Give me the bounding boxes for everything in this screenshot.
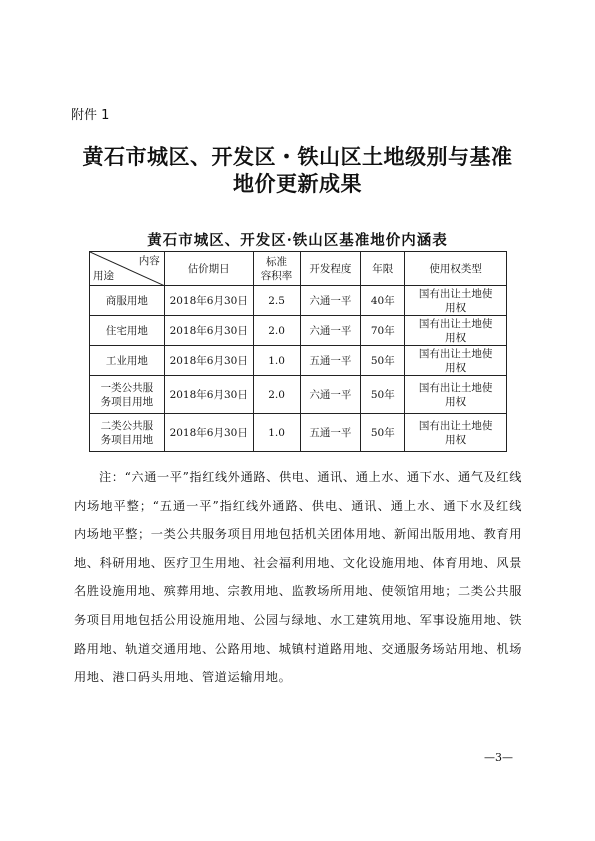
cell-date: 2018年6月30日 — [164, 316, 253, 346]
cell-right-line2: 用权 — [405, 361, 506, 375]
cell-use-line2: 务项目用地 — [90, 433, 164, 447]
cell-years: 50年 — [361, 346, 405, 376]
cell-years: 70年 — [361, 316, 405, 346]
cell-far: 2.0 — [253, 316, 300, 346]
cell-right-line1: 国有出让土地使 — [405, 347, 506, 361]
table-row: 二类公共服务项目用地 2018年6月30日 1.0 五通一平 50年 国有出让土… — [90, 414, 507, 452]
table-header-row: 内容 用途 估价期日 标准容积率 开发程度 年限 使用权类型 — [90, 252, 507, 286]
table-row: 住宅用地 2018年6月30日 2.0 六通一平 70年 国有出让土地使用权 — [90, 316, 507, 346]
cell-date: 2018年6月30日 — [164, 346, 253, 376]
cell-far: 2.0 — [253, 376, 300, 414]
cell-right: 国有出让土地使用权 — [405, 414, 507, 452]
cell-right: 国有出让土地使用权 — [405, 316, 507, 346]
cell-right-line2: 用权 — [405, 331, 506, 345]
page-title: 黄石市城区、开发区・铁山区土地级别与基准 地价更新成果 — [60, 143, 535, 197]
cell-dev: 五通一平 — [300, 346, 361, 376]
cell-dev: 六通一平 — [300, 376, 361, 414]
cell-far: 2.5 — [253, 286, 300, 316]
cell-right: 国有出让土地使用权 — [405, 376, 507, 414]
cell-dev: 五通一平 — [300, 414, 361, 452]
cell-years: 40年 — [361, 286, 405, 316]
header-far-line1: 标准 — [254, 255, 300, 269]
header-date: 估价期日 — [164, 252, 253, 286]
table-note: 注：“六通一平”指红线外通路、供电、通讯、通上水、通下水、通气及红线内场地平整；… — [74, 463, 522, 692]
corner-content-label: 内容 — [139, 254, 160, 268]
corner-header-cell: 内容 用途 — [90, 252, 165, 286]
cell-use: 二类公共服务项目用地 — [90, 414, 165, 452]
cell-right: 国有出让土地使用权 — [405, 286, 507, 316]
cell-years: 50年 — [361, 376, 405, 414]
cell-right: 国有出让土地使用权 — [405, 346, 507, 376]
cell-right-line2: 用权 — [405, 301, 506, 315]
title-line-1: 黄石市城区、开发区・铁山区土地级别与基准 — [60, 143, 535, 170]
cell-right-line1: 国有出让土地使 — [405, 381, 506, 395]
cell-right-line1: 国有出让土地使 — [405, 419, 506, 433]
header-years: 年限 — [361, 252, 405, 286]
header-far: 标准容积率 — [253, 252, 300, 286]
cell-right-line2: 用权 — [405, 433, 506, 447]
cell-use-line1: 一类公共服 — [90, 381, 164, 395]
cell-far: 1.0 — [253, 346, 300, 376]
cell-right-line1: 国有出让土地使 — [405, 287, 506, 301]
cell-date: 2018年6月30日 — [164, 286, 253, 316]
table-row: 一类公共服务项目用地 2018年6月30日 2.0 六通一平 50年 国有出让土… — [90, 376, 507, 414]
header-far-line2: 容积率 — [254, 269, 300, 283]
cell-use-line1: 二类公共服 — [90, 419, 164, 433]
cell-right-line1: 国有出让土地使 — [405, 317, 506, 331]
cell-far: 1.0 — [253, 414, 300, 452]
cell-use: 住宅用地 — [90, 316, 165, 346]
header-right-type: 使用权类型 — [405, 252, 507, 286]
attachment-label: 附件 1 — [71, 104, 109, 123]
cell-right-line2: 用权 — [405, 395, 506, 409]
land-price-table: 内容 用途 估价期日 标准容积率 开发程度 年限 使用权类型 商服用地 2018… — [89, 251, 507, 452]
cell-use-line2: 务项目用地 — [90, 395, 164, 409]
cell-years: 50年 — [361, 414, 405, 452]
cell-use: 工业用地 — [90, 346, 165, 376]
header-dev: 开发程度 — [300, 252, 361, 286]
cell-dev: 六通一平 — [300, 286, 361, 316]
table-row: 工业用地 2018年6月30日 1.0 五通一平 50年 国有出让土地使用权 — [90, 346, 507, 376]
table-caption: 黄石市城区、开发区·铁山区基准地价内涵表 — [89, 229, 506, 250]
cell-use: 商服用地 — [90, 286, 165, 316]
cell-date: 2018年6月30日 — [164, 376, 253, 414]
cell-dev: 六通一平 — [300, 316, 361, 346]
page-number: —3— — [484, 751, 513, 764]
title-line-2: 地价更新成果 — [60, 170, 535, 197]
cell-date: 2018年6月30日 — [164, 414, 253, 452]
corner-use-label: 用途 — [93, 269, 114, 283]
table-row: 商服用地 2018年6月30日 2.5 六通一平 40年 国有出让土地使用权 — [90, 286, 507, 316]
cell-use: 一类公共服务项目用地 — [90, 376, 165, 414]
